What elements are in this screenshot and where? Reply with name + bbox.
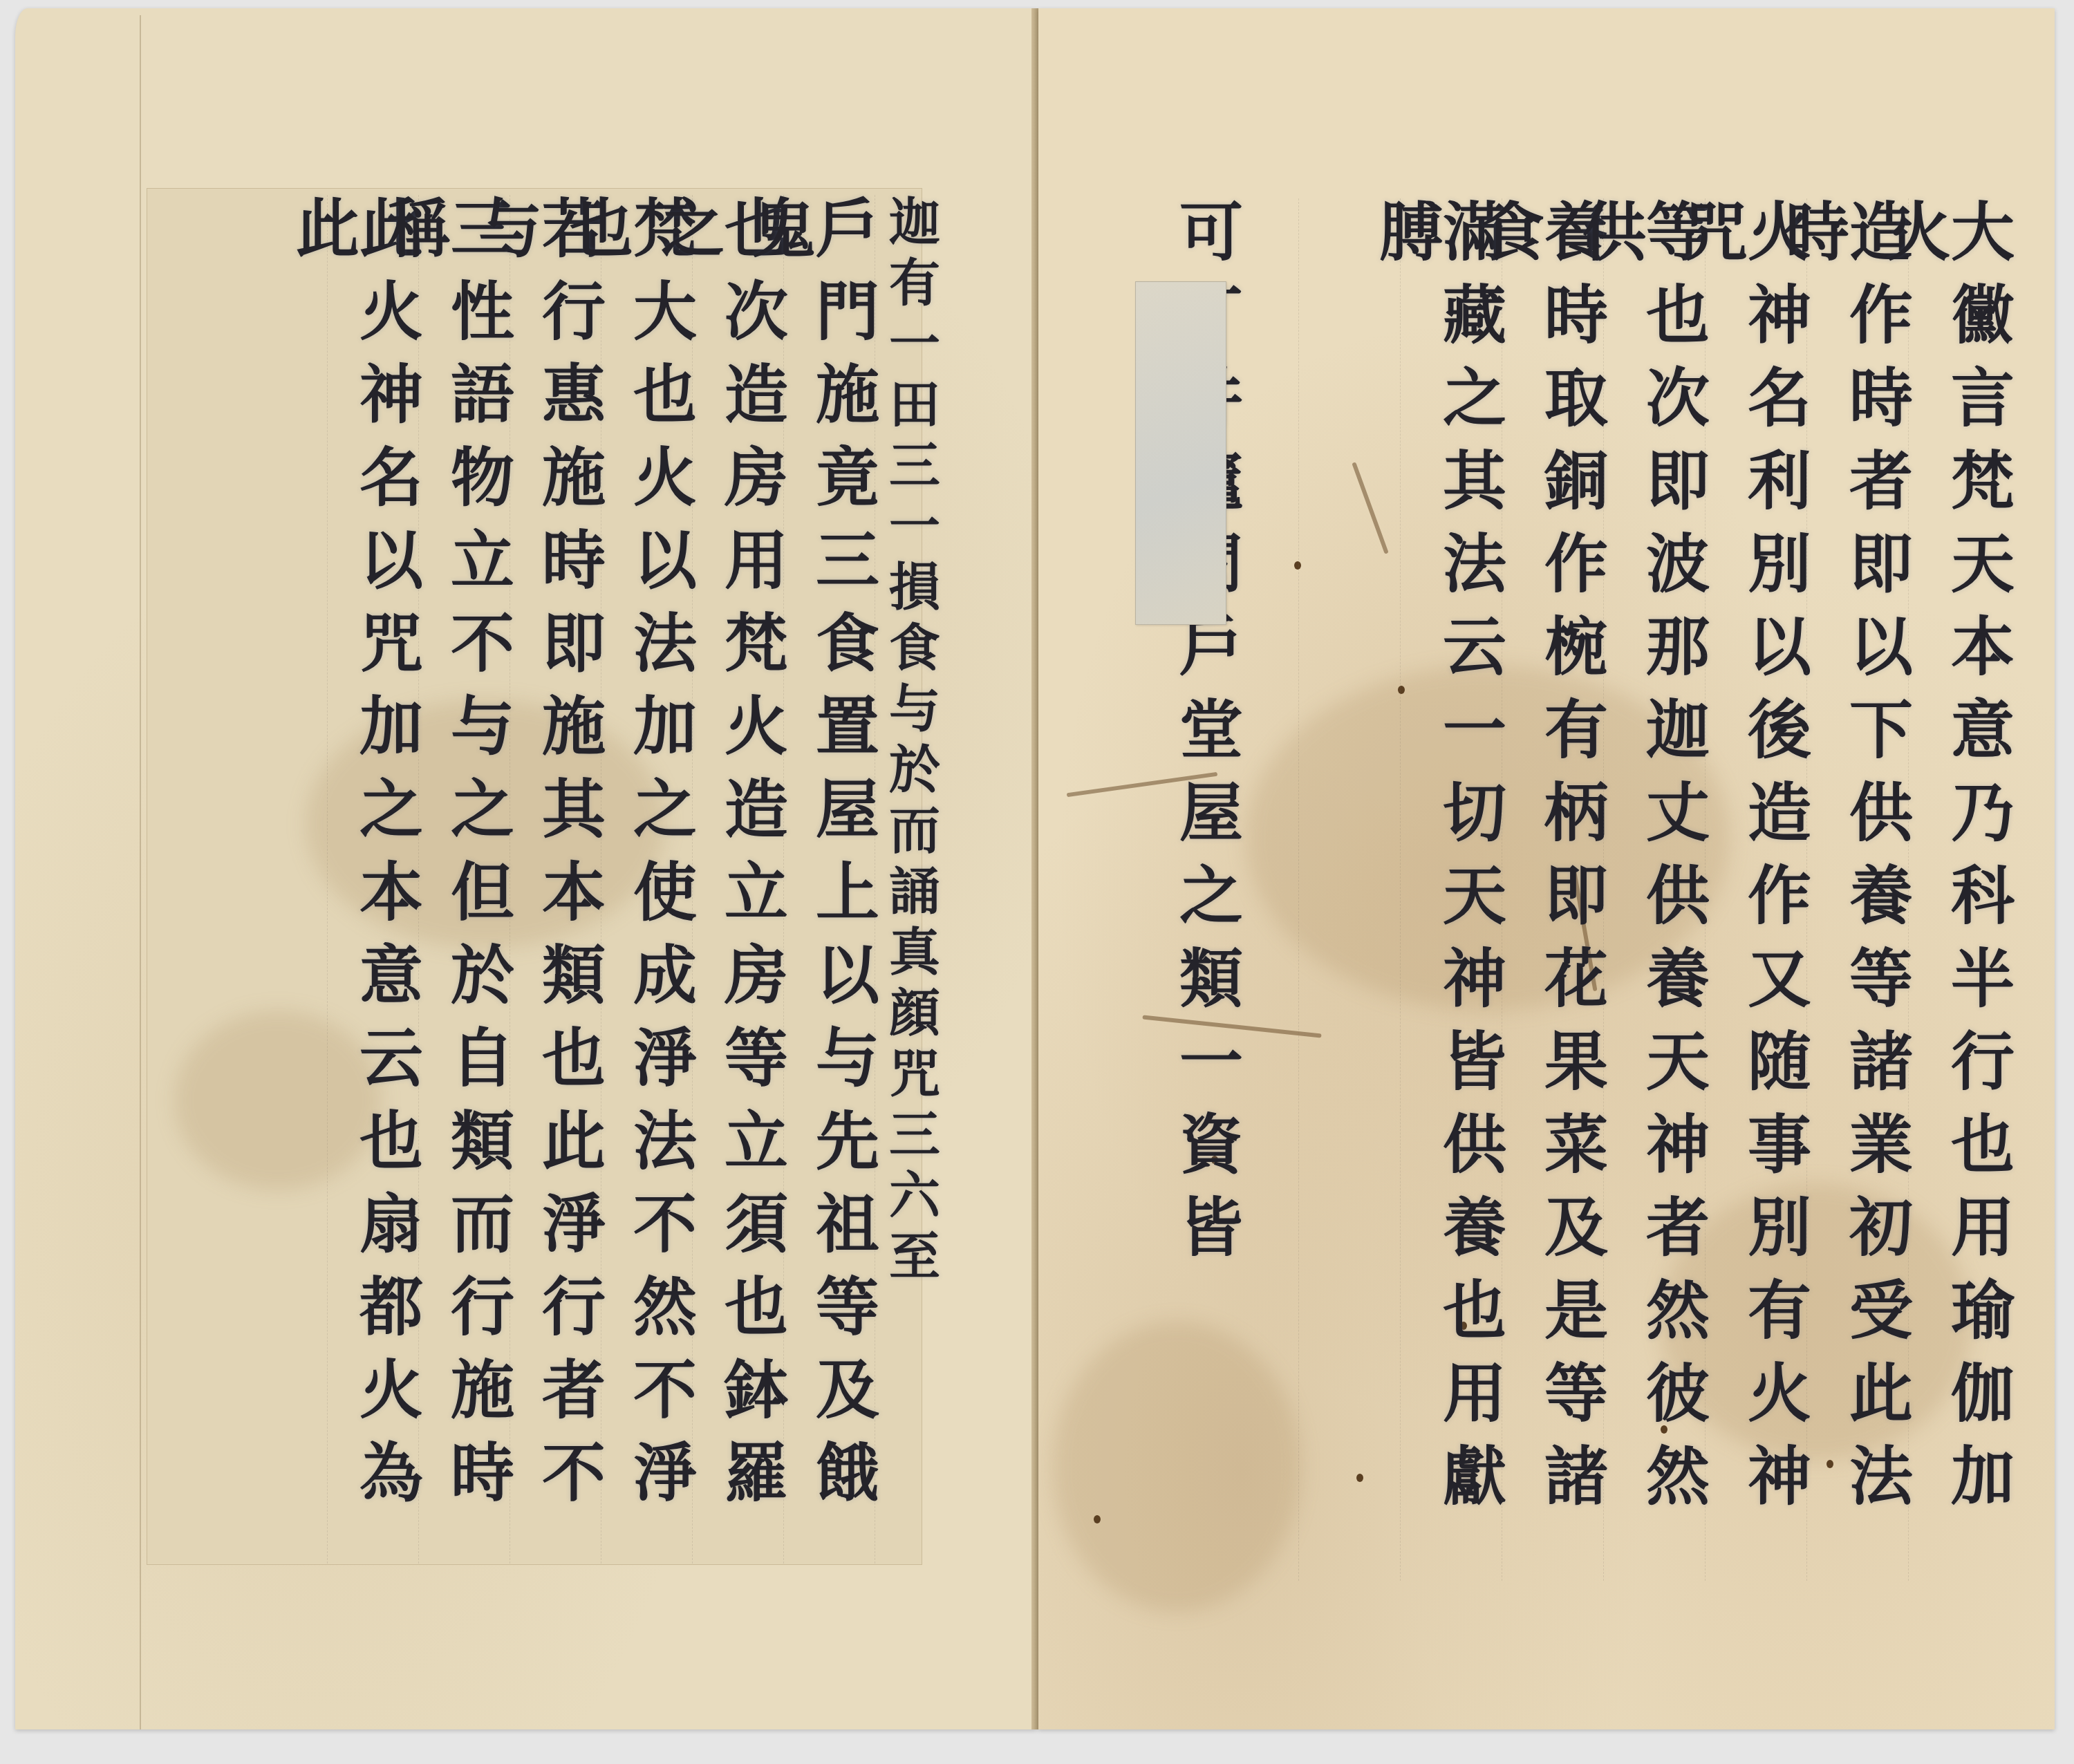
text-column: 可丁井竈閑戶堂屋之類一資皆 — [1298, 198, 1400, 1581]
text-column: 也次造房用梵火造立房等立須也鉢羅之 — [692, 195, 783, 1564]
text-column: 大黴言梵天本意乃科半行也用瑜伽加火 — [1908, 198, 2010, 1581]
text-column: 等也次即波那迦丈供養天神者然彼然供 — [1603, 198, 1705, 1581]
column-text: 迦有一田三一 — [881, 195, 940, 560]
text-column: 梵大也火以法加之使成淨法不然不淨也 — [601, 195, 692, 1564]
left-page-text: 迦有一田三一損食与於而誦真顔咒三六至 戶門施竟三食置屋上以与先祖等及餓鬼 也次造… — [150, 195, 966, 1564]
text-column: 造作時者即以下供養等諸業初受此法時 — [1806, 198, 1908, 1581]
text-column: 三性語物立不与之但於自類而行施時稱 — [418, 195, 510, 1564]
text-column: 養時取銅作椀有柄即花果菜及是等諸食 — [1502, 198, 1603, 1581]
column-text: 損食与於而誦真顔咒三六至 — [881, 560, 940, 1290]
text-column: 此火神名以咒加之本意云也扇都火為此 — [327, 195, 418, 1564]
open-book: 迦有一田三一損食与於而誦真顔咒三六至 戶門施竟三食置屋上以与先祖等及餓鬼 也次造… — [15, 8, 2055, 1734]
text-column: 滿藏之其法云一切天神皆供養也用獻膊 — [1400, 198, 1502, 1581]
text-column: 火神名利別以後造作又随事別有火神咒 — [1705, 198, 1806, 1581]
left-page: 迦有一田三一損食与於而誦真顔咒三六至 戶門施竟三食置屋上以与先祖等及餓鬼 也次造… — [15, 8, 1037, 1729]
text-column: 若行惠施時即施其本類也此淨行者不与 — [510, 195, 601, 1564]
right-page: 大黴言梵天本意乃科半行也用瑜伽加火 造作時者即以下供養等諸業初受此法時 火神名利… — [1038, 8, 2055, 1729]
paper-seam — [140, 15, 141, 1729]
worm-hole — [1094, 1515, 1101, 1523]
right-page-text: 大黴言梵天本意乃科半行也用瑜伽加火 造作時者即以下供養等諸業初受此法時 火神名利… — [1104, 198, 2010, 1581]
repair-patch — [1135, 281, 1226, 625]
column-text: 可 — [1169, 198, 1244, 281]
text-column: 迦有一田三一損食与於而誦真顔咒三六至 — [875, 195, 966, 1564]
